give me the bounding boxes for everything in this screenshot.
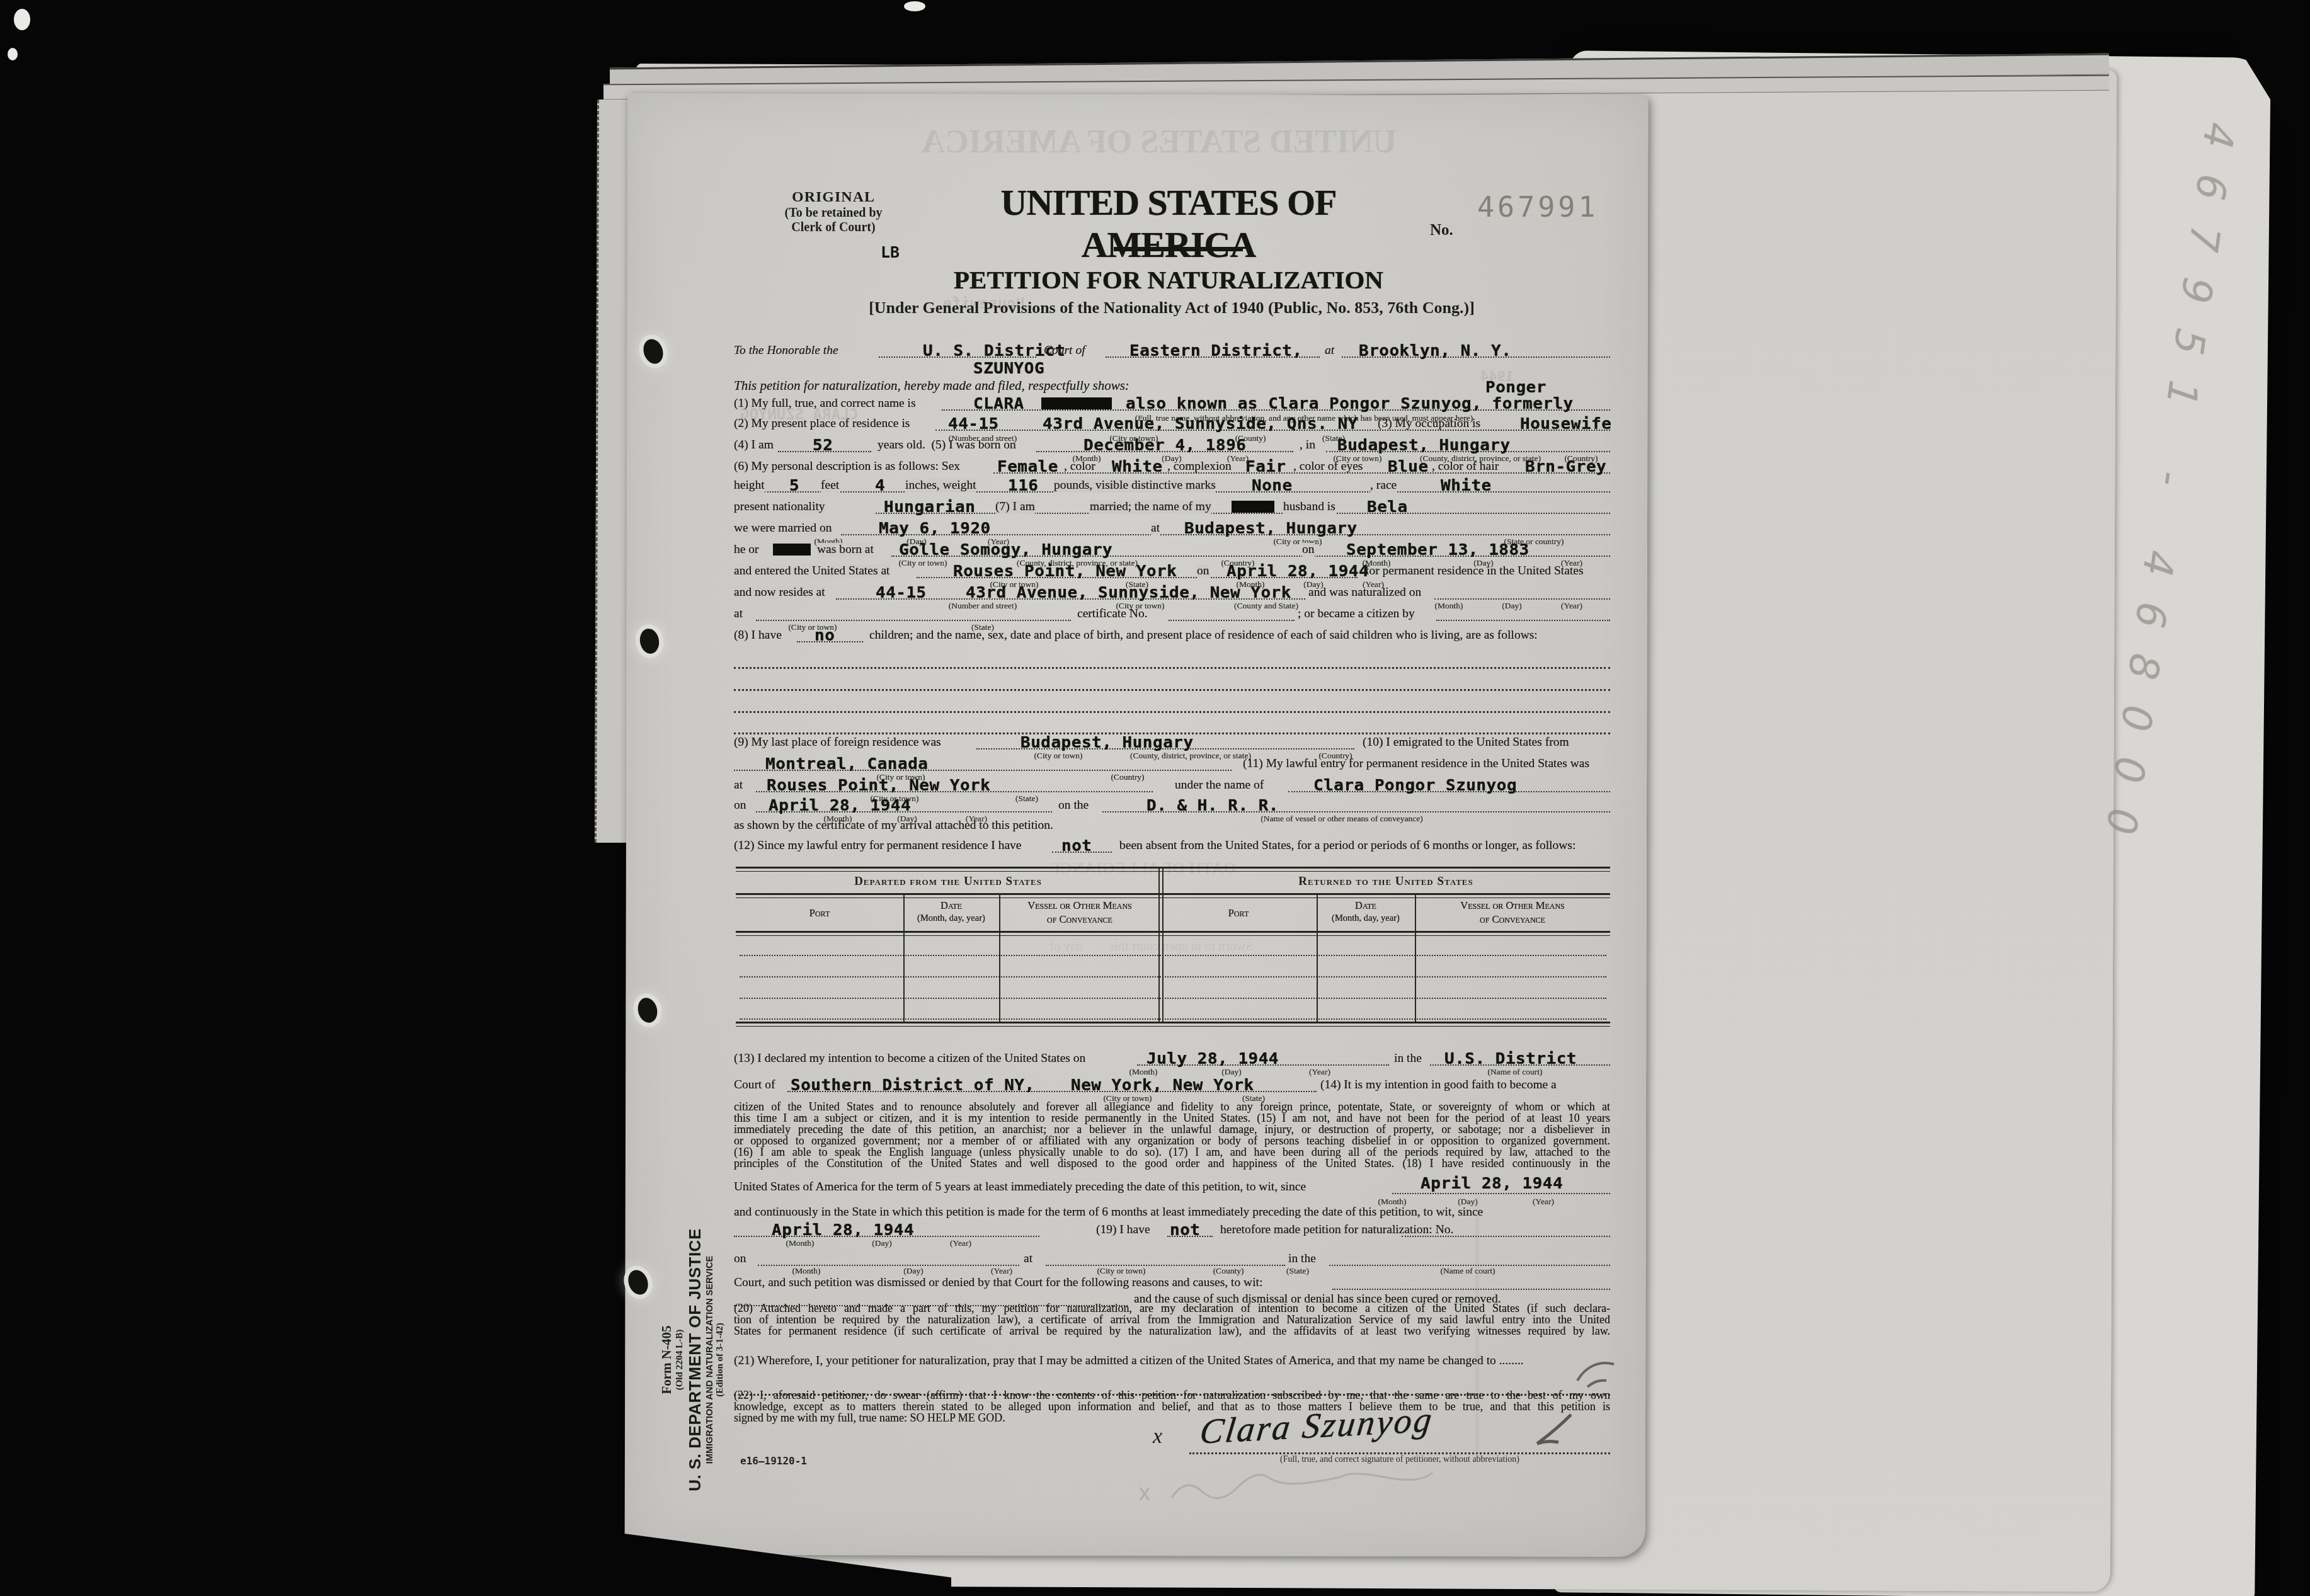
hair-label: , color of hair [1432,460,1499,474]
typed-residence-since: April 28, 1944 [1421,1175,1563,1193]
blank-line [734,676,1610,691]
declaration-sublabels: (Month) (Day) (Year) (Name of court) [734,1067,1610,1077]
form-number: Form N-405 [659,1211,675,1509]
table-border [736,867,1610,872]
departures-table: Departed from the United States Returned… [736,867,1610,1027]
typed-birth-place: Budapest, Hungary [1337,436,1511,455]
typed-entry-date-self: April 28, 1944 [769,797,911,815]
married-label-b: married; the name of my [1090,500,1211,514]
rule [734,666,1610,669]
color-label: , color [1064,460,1095,474]
nationality-row: present nationality Hungarian (7) I am m… [734,499,1610,514]
department-name: U. S. DEPARTMENT OF JUSTICE [685,1211,705,1509]
married-at-label: at [1151,522,1160,535]
scan-speck [904,1,925,11]
table-header-returned: Returned to the United States [1298,875,1473,889]
arrival-certificate-label: as shown by the certificate of my arriva… [734,819,1053,833]
typed-entry-port: Rouses Point, New York [953,562,1177,581]
typed-declaration-date: July 28, 1944 [1146,1050,1279,1068]
table-divider [1415,893,1416,1023]
marriage-row: we were married on May 6, 1920 at Budape… [734,520,1610,535]
typed-spouse-birthplace: Golle Somogy, Hungary [899,541,1112,559]
typed-nationality: Hungarian [884,498,975,516]
col-vessel-2: of Conveyance [1480,913,1545,926]
rule [1436,618,1610,621]
typed-color: White [1112,458,1163,476]
six-month-label-row: and continuously in the State in which t… [734,1204,1610,1219]
married-label-a: (7) I am [995,500,1035,514]
paragraph-line: principles of the Constitution of the Un… [734,1158,1610,1169]
col-date: Date [941,899,962,912]
entry-date-row: on April 28, 1944 on the D. & H. R. R. [734,797,1610,812]
col-vessel-2: of Conveyance [1047,913,1112,926]
entry-port-row: at Rouses Point, New York under the name… [734,777,1610,792]
typed-declaration-court: U.S. District [1444,1050,1577,1068]
form-print-code: e16—19120-1 [740,1455,807,1467]
entry-at-label: at [734,778,743,792]
wherefore-row: (21) Wherefore, I, your petitioner for n… [734,1353,1610,1368]
ghost-title: UNITED STATES OF AMERICA [907,123,1411,161]
scan-speck [14,9,30,30]
col-date-note: (Month, day, year) [917,913,985,924]
spouse-entry-row: and entered the United States at Rouses … [734,563,1610,578]
clerk-initials: LB [881,243,900,261]
redacted-she-word [773,544,811,556]
page-title: UNITED STATES OF AMERICA [920,181,1417,266]
typed-spouse-birthdate: September 13, 1883 [1346,541,1530,559]
col-port: Port [1228,907,1249,920]
col-vessel: Vessel or Other Means [1027,899,1132,912]
typed-sex: Female [997,458,1058,476]
five-year-label: United States of America for the term of… [734,1180,1306,1194]
citizen-by-label: ; or became a citizen by [1298,607,1415,621]
spouse-birth-row: he or was born at Golle Somogy, Hungary … [734,542,1610,557]
name-label: (1) My full, true, and correct name is [734,397,916,411]
sublabel: (Year) [950,1238,971,1248]
typed-emigrated-from: Montreal, Canada [765,755,928,773]
race-label: , race [1370,479,1397,493]
oath-line: knowledge, except as to matters therein … [734,1401,1610,1412]
original-block: ORIGINAL (To be retained by Clerk of Cou… [748,189,918,235]
married-on-label: we were married on [734,522,832,535]
typed-entry-name: Clara Pongor Szunyog [1313,777,1517,795]
typed-no-prior: not [1170,1221,1200,1240]
typed-entry-port-self: Rouses Point, New York [767,777,990,795]
absence-label-a: (12) Since my lawful entry for permanent… [734,839,1021,853]
table-center-divider [1162,867,1164,1023]
five-year-row: United States of America for the term of… [734,1179,1610,1194]
height-label: height [734,479,765,493]
six-month-row: April 28, 1944 (19) I have not heretofor… [734,1222,1610,1237]
rule [756,618,1071,621]
attachment-line: States for permanent residence (if such … [734,1325,1610,1337]
ghost-signature-squiggle [1134,1468,1487,1512]
sublabel: (Month) [1129,1067,1158,1077]
born-label: years old. (5) I was born on [878,438,1016,452]
typed-resides-number: 44-15 [876,584,927,602]
in-the-label: in the [1394,1052,1422,1066]
typed-foreign-residence: Budapest, Hungary [1021,734,1194,752]
paragraph-line: citizen of the United States and to reno… [734,1101,1610,1112]
complexion-label: , complexion [1167,460,1232,474]
nationality-label: present nationality [734,500,825,514]
table-divider [903,893,905,1023]
weight-label: inches, weight [905,479,976,493]
fold-streak [1476,1197,1478,1461]
typed-ponger: Ponger [1485,379,1547,397]
declaration-row: (13) I declared my intention to become a… [734,1051,1610,1066]
court-of-label-2: Court of [734,1078,775,1092]
typed-first-name: CLARA [973,395,1024,413]
feet-label: feet [821,479,839,493]
form-id-sidebar: Form N-405 (Old 2204 L-B) U. S. DEPARTME… [659,1211,726,1509]
six-month-label: and continuously in the State in which t… [734,1206,1483,1219]
typed-marriage-date: May 6, 1920 [879,520,991,538]
redacted-name [1041,397,1112,409]
table-row-rule [740,975,1606,978]
table-center-divider [1158,867,1160,1023]
naturalized-on-label: and was naturalized on [1308,586,1421,600]
typed-house-number: 44-15 [948,415,999,433]
prior-petition-label-a: (19) I have [1096,1223,1150,1237]
dismissed-row: Court, and such petition was dismissed o… [734,1275,1610,1290]
table-row-rule [740,1017,1606,1020]
in-label: , in [1300,438,1315,452]
certificate-row: at certificate No. ; or became a citizen… [734,606,1610,621]
intention-label: (14) It is my intention in good faith to… [1320,1078,1557,1092]
occupation-label: (3) My occupation is [1378,417,1480,431]
emigrated-label: (10) I emigrated to the United States fr… [1363,736,1569,750]
typed-marks: None [1252,477,1293,495]
children-label-a: (8) I have [734,629,782,642]
honorable-label: To the Honorable the [734,344,838,358]
typed-court-district: Southern District of NY, [791,1076,1035,1095]
typed-court: U. S. District [923,342,1065,360]
paragraph-line: or opposed to organized government; nor … [734,1135,1610,1146]
residence-row: (2) My present place of residence is 44-… [734,416,1610,431]
on-label-2: on [734,1252,746,1266]
attachment-line: (20) Attached hereto and made a part of … [734,1302,1610,1314]
typed-birth-date: December 4, 1896 [1084,436,1246,455]
typed-entry-date: April 28, 1944 [1226,562,1369,581]
rule [1169,618,1295,621]
rule [1434,597,1610,600]
permanent-residence-label: for permanent residence in the United St… [1365,564,1584,578]
entry-on-label-self: on [734,799,746,812]
typed-race: White [1441,477,1492,495]
emigrated-from-row: Montreal, Canada (11) My lawful entry fo… [734,756,1610,771]
typed-children: no [815,627,835,645]
sublabel: (Day) [1221,1067,1241,1077]
col-port: Port [809,907,830,920]
original-note-2: Clerk of Court) [748,220,918,235]
act-citation: [Under General Provisions of the Nationa… [762,299,1581,317]
cert-at-label: at [734,607,743,621]
age-label: (4) I am [734,438,774,452]
typed-age: 52 [813,436,833,455]
dismissed-label: Court, and such petition was dismissed o… [734,1276,1262,1290]
signature-caption: (Full, true, and correct signature of pe… [1191,1455,1609,1465]
typed-resides-address: 43rd Avenue, Sunnyside, New York [966,584,1291,602]
entered-label: and entered the United States at [734,564,889,578]
six-month-sublabels: (Month) (Day) (Year) [734,1238,1610,1248]
typed-state-since: April 28, 1944 [772,1221,914,1240]
blank-line [734,654,1610,669]
declaration-label: (13) I declared my intention to become a… [734,1052,1085,1066]
typed-court-city-state: New York, New York [1071,1076,1254,1095]
signature-rule [1189,1451,1610,1454]
original-note-1: (To be retained by [748,206,918,220]
attachment-line: tion of intention be required by the nat… [734,1314,1610,1325]
title-rule [1114,247,1243,251]
paragraph-line: immediately preceding the date of this p… [734,1124,1610,1135]
shows-line: This petition for naturalization, hereby… [734,378,1129,394]
petition-number-stamp: 467991 [1477,190,1599,224]
sublabel: (Year) [1309,1067,1330,1077]
foreign-residence-label: (9) My last place of foreign residence w… [734,736,941,750]
absence-label-b: been absent from the United States, for … [1119,839,1575,853]
description-label: (6) My personal description is as follow… [734,460,960,474]
age-birth-row: (4) I am 52 years old. (5) I was born on… [734,437,1610,452]
table-border [736,931,1610,936]
typed-szunyog: SZUNYOG [973,360,1044,378]
oath-line: signed by me with my full, true name: SO… [734,1412,1610,1423]
col-date: Date [1355,899,1376,912]
residence-label: (2) My present place of residence is [734,417,910,431]
typed-eyes: Blue [1388,458,1429,476]
col-date-note: (Month, day, year) [1332,913,1400,924]
cert-no-label: certificate No. [1077,607,1148,621]
absence-row: (12) Since my lawful entry for permanent… [734,838,1610,853]
resides-label: and now resides at [734,586,825,600]
rule [734,710,1610,713]
pencil-check-icon [1575,1359,1619,1391]
typed-husband-name: Bela [1367,498,1408,516]
typed-complexion: Fair [1245,458,1286,476]
in-the-label-2: in the [1288,1252,1316,1266]
typed-hair: Brn-Grey [1525,458,1606,476]
he-or-label: he or [734,543,759,557]
table-border [736,893,1610,898]
at-label-2: at [1024,1252,1032,1266]
sublabel: (Name of court) [1488,1067,1543,1077]
blank-line [734,698,1610,713]
sublabel: (Month) [786,1238,815,1248]
at-label: at [1325,344,1334,358]
children-row: (8) I have no children; and the name, se… [734,627,1610,642]
court-row: Court of Southern District of NY, New Yo… [734,1077,1610,1092]
blank-line [734,719,1610,734]
rule [1332,1287,1610,1290]
edition-note: (Edition of 3-1-42) [715,1211,726,1509]
rule [734,688,1610,691]
typed-court-city: Brooklyn, N. Y. [1359,342,1511,360]
height-weight-row: height 5 feet 4 inches, weight 116 pound… [734,477,1610,493]
on-the-label: on the [1058,799,1089,812]
typed-height-feet: 5 [789,477,799,495]
signature-x-mark: x [1153,1425,1162,1449]
typed-conveyance: D. & H. R. R. [1146,797,1279,815]
scanned-document: UNITED STATES OF AMERICA Housewife 1944 … [0,0,2310,1596]
wherefore-label: (21) Wherefore, I, your petitioner for n… [734,1354,1524,1368]
petition-heading: PETITION FOR NATURALIZATION [920,265,1417,295]
on-label: on [1302,543,1315,557]
typed-aka: also known as Clara Pongor Szunyog, form… [1126,395,1574,413]
original-label: ORIGINAL [748,189,918,206]
husband-label: husband is [1283,500,1335,514]
arrival-certificate-row: as shown by the certificate of my arriva… [734,818,1610,833]
table-row-rule [740,954,1606,956]
scan-speck [8,48,18,60]
table-divider [1317,893,1318,1023]
typed-height-inches: 4 [875,477,885,495]
col-vessel: Vessel or Other Means [1460,899,1565,912]
number-label: No. [1430,222,1453,239]
typed-marriage-place: Budapest, Hungary [1184,520,1358,538]
foreign-residence-row: (9) My last place of foreign residence w… [734,734,1610,750]
was-born-label: was born at [817,543,874,557]
marks-label: pounds, visible distinctive marks [1054,479,1216,493]
name-row: (1) My full, true, and correct name is C… [734,396,1610,411]
service-name: IMMIGRATION AND NATURALIZATION SERVICE [705,1211,715,1509]
eyes-label: , color of eyes [1293,460,1363,474]
description-row: (6) My personal description is as follow… [734,459,1610,474]
table-row-rule [740,996,1606,999]
spouse-residence-row: and now resides at 44-15 43rd Avenue, Su… [734,584,1610,600]
typed-address: 43rd Avenue, Sunnyside, Qns. NY [1043,415,1358,433]
paragraph-line: this time I am a subject or citizen, and… [734,1112,1610,1124]
oath-line: (22) I, aforesaid petitioner, do swear (… [734,1389,1610,1401]
table-header-departed: Departed from the United States [854,875,1042,889]
under-name-label: under the name of [1175,778,1264,792]
typed-weight: 116 [1008,477,1038,495]
pencil-check-icon [1535,1412,1575,1447]
paragraph-line: (16) I am able to speak the English lang… [734,1146,1610,1158]
table-border [736,1022,1610,1027]
redacted-spouse-word [1232,501,1274,513]
prior-petition-detail-row: on at in the [734,1251,1610,1266]
lawful-entry-label: (11) My lawful entry for permanent resid… [1243,757,1589,771]
typed-district: Eastern District, [1129,342,1303,360]
table-divider [999,893,1000,1023]
prior-petition-label-b: heretofore made petition for naturalizat… [1220,1223,1453,1237]
form-old-number: (Old 2204 L-B) [675,1211,685,1509]
sublabel: (Day) [872,1238,891,1248]
children-label-b: children; and the name, sex, date and pl… [869,629,1538,642]
typed-occupation: Housewife [1520,415,1611,433]
honorable-row: To the Honorable the Court of at U. S. D… [734,343,1610,358]
typed-absent: not [1061,837,1092,855]
entry-on-label: on [1197,564,1209,578]
